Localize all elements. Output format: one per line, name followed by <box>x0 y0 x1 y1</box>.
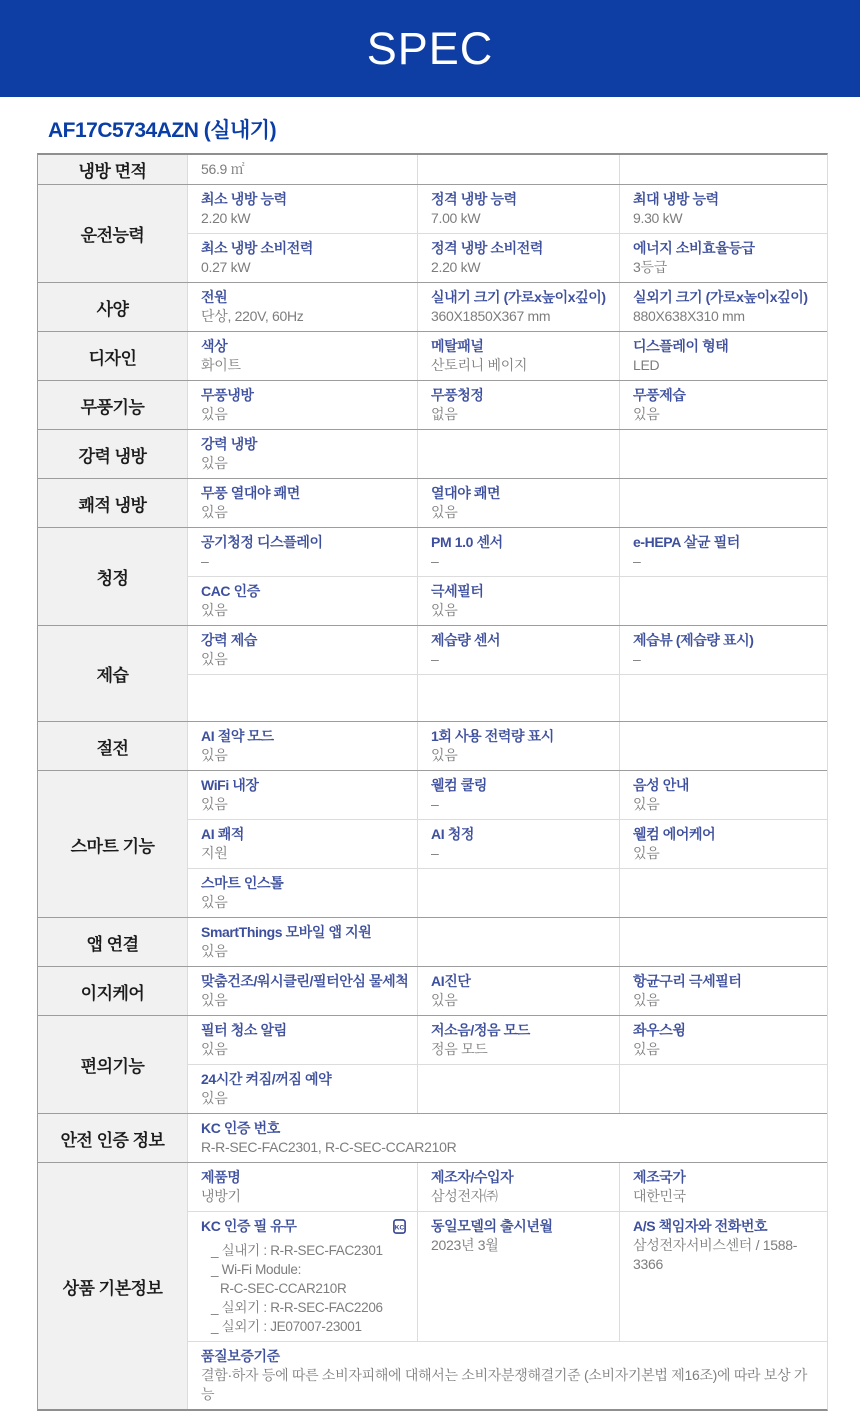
cell-value: 단상, 220V, 60Hz <box>201 307 409 326</box>
kc-mark-icon: KC <box>393 1219 406 1239</box>
cell-label: 저소음/정음 모드 <box>431 1020 611 1040</box>
top-banner: SPEC <box>0 0 860 97</box>
cell-label: 제습뷰 (제습량 표시) <box>633 630 819 650</box>
cell-value: 화이트 <box>201 356 409 375</box>
cell-label: SmartThings 모바일 앱 지원 <box>201 922 409 942</box>
cell-label: 무풍청정 <box>431 385 611 405</box>
group-header: 디자인 <box>38 332 188 380</box>
spec-row: 품질보증기준결함·하자 등에 따른 소비자피해에 대해서는 소비자분쟁해결기준 … <box>188 1341 827 1409</box>
spec-cell: AI 청정– <box>417 820 619 868</box>
spec-row: 최소 냉방 소비전력0.27 kW 정격 냉방 소비전력2.20 kW 에너지 … <box>188 233 827 282</box>
cell-value: 없음 <box>431 405 611 424</box>
cell-value: 0.27 kW <box>201 258 409 277</box>
cell-value: 360X1850X367 mm <box>431 307 611 326</box>
spec-row: CAC 인증있음 극세필터있음 <box>188 576 827 625</box>
cell-value: 있음 <box>201 942 409 961</box>
cell-label: 무풍제습 <box>633 385 819 405</box>
spec-group-windfree: 무풍기능 무풍냉방있음 무풍청정없음 무풍제습있음 <box>38 380 827 429</box>
cell-value: 있음 <box>633 844 819 863</box>
cell-value: 삼성전자서비스센터 / 1588-3366 <box>633 1236 819 1274</box>
cell-value: 2023년 3월 <box>431 1236 611 1255</box>
spec-cell: AI진단있음 <box>417 967 619 1015</box>
cell-label: 품질보증기준 <box>201 1346 819 1366</box>
spec-cell: 실외기 크기 (가로x높이x깊이)880X638X310 mm <box>619 283 827 331</box>
cell-value: 56.9 ㎡ <box>201 160 244 179</box>
svg-text:KC: KC <box>395 1224 405 1231</box>
spec-group-design: 디자인 색상화이트 메탈패널산토리니 베이지 디스플레이 형태LED <box>38 331 827 380</box>
group-header: 이지케어 <box>38 967 188 1015</box>
spec-cell: KC 인증 번호R-R-SEC-FAC2301, R-C-SEC-CCAR210… <box>188 1114 827 1162</box>
spec-cell: PM 1.0 센서– <box>417 528 619 576</box>
spec-cell: 최소 냉방 소비전력0.27 kW <box>188 234 417 282</box>
cell-value: LED <box>633 356 819 375</box>
spec-row: 맞춤건조/워시클린/필터안심 물세척있음 AI진단있음 항균구리 극세필터있음 <box>188 967 827 1015</box>
cell-label: 에너지 소비효율등급 <box>633 238 819 258</box>
spec-cell: 무풍냉방있음 <box>188 381 417 429</box>
cell-label: 웰컴 쿨링 <box>431 775 611 795</box>
spec-cell: 정격 냉방 소비전력2.20 kW <box>417 234 619 282</box>
spec-group-dehumidify: 제습 강력 제습있음 제습량 센서– 제습뷰 (제습량 표시)– <box>38 625 827 721</box>
spec-row: AI 쾌적지원 AI 청정– 웰컴 에어케어있음 <box>188 819 827 868</box>
spec-cell: 음성 안내있음 <box>619 771 827 819</box>
cell-value: 있음 <box>201 991 409 1010</box>
cell-value: 880X638X310 mm <box>633 307 819 326</box>
group-header: 편의기능 <box>38 1016 188 1113</box>
spec-cell: 맞춤건조/워시클린/필터안심 물세척있음 <box>188 967 417 1015</box>
spec-row: KC 인증 필 유무 KC _ 실내기 : R-R-SEC-FAC2301 _ … <box>188 1211 827 1341</box>
spec-cell-empty <box>417 1065 619 1113</box>
cell-value: 있음 <box>431 601 611 620</box>
spec-cell: e-HEPA 살균 필터– <box>619 528 827 576</box>
spec-cell: 최대 냉방 능력9.30 kW <box>619 185 827 233</box>
spec-cell: 색상화이트 <box>188 332 417 380</box>
cell-label: 실내기 크기 (가로x높이x깊이) <box>431 287 611 307</box>
cell-label: 정격 냉방 소비전력 <box>431 238 611 258</box>
spec-cell-empty <box>417 918 619 966</box>
cell-value: 3등급 <box>633 258 819 277</box>
spec-group-easycare: 이지케어 맞춤건조/워시클린/필터안심 물세척있음 AI진단있음 항균구리 극세… <box>38 966 827 1015</box>
cell-label: KC 인증 필 유무 <box>201 1216 297 1236</box>
cell-value: – <box>431 844 611 863</box>
spec-row: SmartThings 모바일 앱 지원있음 <box>188 918 827 966</box>
spec-cell: 무풍제습있음 <box>619 381 827 429</box>
cell-value: 있음 <box>201 1040 409 1059</box>
spec-group-purification: 청정 공기청정 디스플레이– PM 1.0 센서– e-HEPA 살균 필터– … <box>38 527 827 625</box>
cell-value: R-R-SEC-FAC2301, R-C-SEC-CCAR210R <box>201 1138 819 1157</box>
spec-cell: 제습뷰 (제습량 표시)– <box>619 626 827 674</box>
cell-value: 대한민국 <box>633 1187 819 1206</box>
cell-label: 열대야 쾌면 <box>431 483 611 503</box>
spec-cell: 무풍 열대야 쾌면있음 <box>188 479 417 527</box>
cell-label: 최소 냉방 능력 <box>201 189 409 209</box>
cell-label: 최소 냉방 소비전력 <box>201 238 409 258</box>
cell-value: 있음 <box>201 503 409 522</box>
kc-cert-line: _ 실외기 : R-R-SEC-FAC2206 <box>211 1298 409 1317</box>
spec-cell: A/S 책임자와 전화번호삼성전자서비스센터 / 1588-3366 <box>619 1212 827 1341</box>
cell-value: – <box>431 650 611 669</box>
spec-cell: SmartThings 모바일 앱 지원있음 <box>188 918 417 966</box>
spec-row: 56.9 ㎡ <box>188 155 827 184</box>
spec-group-performance: 운전능력 최소 냉방 능력2.20 kW 정격 냉방 능력7.00 kW 최대 … <box>38 184 827 282</box>
cell-label: A/S 책임자와 전화번호 <box>633 1216 819 1236</box>
cell-value: 있음 <box>633 795 819 814</box>
cell-value: 있음 <box>201 650 409 669</box>
cell-label: 맞춤건조/워시클린/필터안심 물세척 <box>201 971 409 991</box>
spec-cell-empty <box>619 722 827 770</box>
spec-group-specs: 사양 전원단상, 220V, 60Hz 실내기 크기 (가로x높이x깊이)360… <box>38 282 827 331</box>
spec-cell: 동일모델의 출시년월2023년 3월 <box>417 1212 619 1341</box>
cell-value: 있음 <box>201 1089 409 1108</box>
spec-cell-empty <box>619 869 827 917</box>
cell-value: 산토리니 베이지 <box>431 356 611 375</box>
cell-label: CAC 인증 <box>201 581 409 601</box>
cell-label: 최대 냉방 능력 <box>633 189 819 209</box>
cell-label: 강력 제습 <box>201 630 409 650</box>
spec-cell: 웰컴 쿨링– <box>417 771 619 819</box>
spec-cell: 필터 청소 알림있음 <box>188 1016 417 1064</box>
spec-cell: 무풍청정없음 <box>417 381 619 429</box>
spec-cell: 56.9 ㎡ <box>188 155 417 184</box>
cell-label: 디스플레이 형태 <box>633 336 819 356</box>
cell-label: 1회 사용 전력량 표시 <box>431 726 611 746</box>
cell-label: 전원 <box>201 287 409 307</box>
spec-cell: 최소 냉방 능력2.20 kW <box>188 185 417 233</box>
page-title: AF17C5734AZN (실내기) <box>48 114 860 144</box>
spec-cell: 스마트 인스톨있음 <box>188 869 417 917</box>
spec-row: 색상화이트 메탈패널산토리니 베이지 디스플레이 형태LED <box>188 332 827 380</box>
cell-label: 무풍 열대야 쾌면 <box>201 483 409 503</box>
spec-cell: 제조자/수입자삼성전자㈜ <box>417 1163 619 1211</box>
spec-cell: 강력 냉방있음 <box>188 430 417 478</box>
spec-row: 최소 냉방 능력2.20 kW 정격 냉방 능력7.00 kW 최대 냉방 능력… <box>188 185 827 233</box>
spec-cell: 실내기 크기 (가로x높이x깊이)360X1850X367 mm <box>417 283 619 331</box>
cell-value: 2.20 kW <box>431 258 611 277</box>
spec-cell: 메탈패널산토리니 베이지 <box>417 332 619 380</box>
spec-cell: 전원단상, 220V, 60Hz <box>188 283 417 331</box>
spec-cell: 웰컴 에어케어있음 <box>619 820 827 868</box>
group-header: 앱 연결 <box>38 918 188 966</box>
kc-cert-line: _ 실내기 : R-R-SEC-FAC2301 <box>211 1241 409 1260</box>
kc-cert-line: _ Wi-Fi Module: <box>211 1260 409 1279</box>
cell-value: 7.00 kW <box>431 209 611 228</box>
spec-row: AI 절약 모드있음 1회 사용 전력량 표시있음 <box>188 722 827 770</box>
spec-cell: 품질보증기준결함·하자 등에 따른 소비자피해에 대해서는 소비자분쟁해결기준 … <box>188 1342 827 1409</box>
spec-cell-empty <box>417 430 619 478</box>
cell-value: – <box>633 552 819 571</box>
spec-row: 필터 청소 알림있음 저소음/정음 모드정음 모드 좌우스윙있음 <box>188 1016 827 1064</box>
spec-row: 공기청정 디스플레이– PM 1.0 센서– e-HEPA 살균 필터– <box>188 528 827 576</box>
spec-cell: 저소음/정음 모드정음 모드 <box>417 1016 619 1064</box>
group-header: 냉방 면적 <box>38 155 188 184</box>
group-header: 안전 인증 정보 <box>38 1114 188 1162</box>
cell-label: PM 1.0 센서 <box>431 532 611 552</box>
cell-label: 무풍냉방 <box>201 385 409 405</box>
cell-label: AI 절약 모드 <box>201 726 409 746</box>
cell-value: 2.20 kW <box>201 209 409 228</box>
spec-row: 강력 제습있음 제습량 센서– 제습뷰 (제습량 표시)– <box>188 626 827 674</box>
cell-label: 항균구리 극세필터 <box>633 971 819 991</box>
group-header: 쾌적 냉방 <box>38 479 188 527</box>
spec-cell-empty <box>188 675 417 721</box>
spec-cell: 좌우스윙있음 <box>619 1016 827 1064</box>
spec-cell: AI 절약 모드있음 <box>188 722 417 770</box>
cell-value: 있음 <box>201 454 409 473</box>
cell-value: 있음 <box>201 405 409 424</box>
cell-value: 있음 <box>633 1040 819 1059</box>
cell-value: 냉방기 <box>201 1187 409 1206</box>
spec-cell: 디스플레이 형태LED <box>619 332 827 380</box>
spec-group-safety-cert: 안전 인증 정보 KC 인증 번호R-R-SEC-FAC2301, R-C-SE… <box>38 1113 827 1162</box>
cell-value: 결함·하자 등에 따른 소비자피해에 대해서는 소비자분쟁해결기준 (소비자기본… <box>201 1366 819 1404</box>
spec-cell: 강력 제습있음 <box>188 626 417 674</box>
kc-cert-list: _ 실내기 : R-R-SEC-FAC2301 _ Wi-Fi Module: … <box>201 1241 409 1336</box>
group-header: 무풍기능 <box>38 381 188 429</box>
cell-label: 24시간 켜짐/꺼짐 예약 <box>201 1069 409 1089</box>
cell-label: 제품명 <box>201 1167 409 1187</box>
cell-label: 공기청정 디스플레이 <box>201 532 409 552</box>
cell-label: WiFi 내장 <box>201 775 409 795</box>
spec-cell: 공기청정 디스플레이– <box>188 528 417 576</box>
cell-label: 웰컴 에어케어 <box>633 824 819 844</box>
cell-value: 있음 <box>201 601 409 620</box>
spec-row: 전원단상, 220V, 60Hz 실내기 크기 (가로x높이x깊이)360X18… <box>188 283 827 331</box>
spec-cell: 정격 냉방 능력7.00 kW <box>417 185 619 233</box>
cell-label: 제조자/수입자 <box>431 1167 611 1187</box>
spec-row: 무풍냉방있음 무풍청정없음 무풍제습있음 <box>188 381 827 429</box>
spec-cell-empty <box>619 1065 827 1113</box>
cell-label: KC 인증 번호 <box>201 1118 819 1138</box>
spec-cell-empty <box>619 430 827 478</box>
cell-label: 강력 냉방 <box>201 434 409 454</box>
spec-cell: 열대야 쾌면있음 <box>417 479 619 527</box>
spec-group-energy-saving: 절전 AI 절약 모드있음 1회 사용 전력량 표시있음 <box>38 721 827 770</box>
cell-label: 메탈패널 <box>431 336 611 356</box>
spec-cell: 에너지 소비효율등급3등급 <box>619 234 827 282</box>
cell-value: 지원 <box>201 844 409 863</box>
cell-label: AI 청정 <box>431 824 611 844</box>
cell-value: 있음 <box>431 503 611 522</box>
spec-cell: CAC 인증있음 <box>188 577 417 625</box>
cell-label: 정격 냉방 능력 <box>431 189 611 209</box>
kc-cert-line: R-C-SEC-CCAR210R <box>211 1279 409 1298</box>
spec-cell-empty <box>417 155 619 184</box>
cell-value: – <box>633 650 819 669</box>
group-header: 스마트 기능 <box>38 771 188 917</box>
group-header: 상품 기본정보 <box>38 1163 188 1409</box>
group-header: 제습 <box>38 626 188 721</box>
cell-label: 제조국가 <box>633 1167 819 1187</box>
cell-value: 있음 <box>201 746 409 765</box>
cell-value: 있음 <box>633 405 819 424</box>
cell-value: 9.30 kW <box>633 209 819 228</box>
cell-value: 있음 <box>201 893 409 912</box>
spec-cell: 극세필터있음 <box>417 577 619 625</box>
group-header: 절전 <box>38 722 188 770</box>
cell-value: – <box>431 795 611 814</box>
spec-group-convenience: 편의기능 필터 청소 알림있음 저소음/정음 모드정음 모드 좌우스윙있음 24… <box>38 1015 827 1113</box>
cell-value: – <box>201 552 409 571</box>
spec-cell-empty <box>417 869 619 917</box>
spec-cell: 제조국가대한민국 <box>619 1163 827 1211</box>
spec-cell: 제습량 센서– <box>417 626 619 674</box>
spec-group-comfort-cooling: 쾌적 냉방 무풍 열대야 쾌면있음 열대야 쾌면있음 <box>38 478 827 527</box>
spec-group-smart: 스마트 기능 WiFi 내장있음 웰컴 쿨링– 음성 안내있음 AI 쾌적지원 … <box>38 770 827 917</box>
spec-cell-kc: KC 인증 필 유무 KC _ 실내기 : R-R-SEC-FAC2301 _ … <box>188 1212 417 1341</box>
spec-cell-empty <box>619 918 827 966</box>
spec-row: WiFi 내장있음 웰컴 쿨링– 음성 안내있음 <box>188 771 827 819</box>
spec-group-power-cooling: 강력 냉방 강력 냉방있음 <box>38 429 827 478</box>
spec-cell: 24시간 켜짐/꺼짐 예약있음 <box>188 1065 417 1113</box>
cell-label: 제습량 센서 <box>431 630 611 650</box>
cell-label: AI 쾌적 <box>201 824 409 844</box>
cell-value: 삼성전자㈜ <box>431 1187 611 1206</box>
group-header: 청정 <box>38 528 188 625</box>
spec-cell-empty <box>619 155 827 184</box>
spec-cell: AI 쾌적지원 <box>188 820 417 868</box>
spec-cell-empty <box>619 479 827 527</box>
spec-cell-empty <box>417 675 619 721</box>
cell-value: 있음 <box>431 991 611 1010</box>
cell-value: – <box>431 552 611 571</box>
spec-group-basic-info: 상품 기본정보 제품명냉방기 제조자/수입자삼성전자㈜ 제조국가대한민국 KC … <box>38 1162 827 1409</box>
cell-label: AI진단 <box>431 971 611 991</box>
cell-label: 색상 <box>201 336 409 356</box>
banner-title: SPEC <box>367 23 494 75</box>
spec-row: 24시간 켜짐/꺼짐 예약있음 <box>188 1064 827 1113</box>
group-header: 강력 냉방 <box>38 430 188 478</box>
cell-value: 있음 <box>633 991 819 1010</box>
spec-row: 스마트 인스톨있음 <box>188 868 827 917</box>
spec-cell: WiFi 내장있음 <box>188 771 417 819</box>
cell-label: 동일모델의 출시년월 <box>431 1216 611 1236</box>
spec-cell-empty <box>619 577 827 625</box>
spec-cell: 제품명냉방기 <box>188 1163 417 1211</box>
cell-label: e-HEPA 살균 필터 <box>633 532 819 552</box>
kc-cert-line: _ 실외기 : JE07007-23001 <box>211 1317 409 1336</box>
spec-table: 냉방 면적 56.9 ㎡ 운전능력 최소 냉방 능력2.20 kW 정격 냉방 … <box>37 153 828 1411</box>
spec-row: 제품명냉방기 제조자/수입자삼성전자㈜ 제조국가대한민국 <box>188 1163 827 1211</box>
spec-row <box>188 674 827 721</box>
spec-cell: 1회 사용 전력량 표시있음 <box>417 722 619 770</box>
group-header: 운전능력 <box>38 185 188 282</box>
cell-value: 있음 <box>431 746 611 765</box>
cell-value: 있음 <box>201 795 409 814</box>
cell-label: 실외기 크기 (가로x높이x깊이) <box>633 287 819 307</box>
spec-row: KC 인증 번호R-R-SEC-FAC2301, R-C-SEC-CCAR210… <box>188 1114 827 1162</box>
spec-group-app: 앱 연결 SmartThings 모바일 앱 지원있음 <box>38 917 827 966</box>
cell-label: 스마트 인스톨 <box>201 873 409 893</box>
spec-cell-empty <box>619 675 827 721</box>
cell-label: 음성 안내 <box>633 775 819 795</box>
spec-cell: 항균구리 극세필터있음 <box>619 967 827 1015</box>
cell-value: 정음 모드 <box>431 1040 611 1059</box>
spec-row: 강력 냉방있음 <box>188 430 827 478</box>
group-header: 사양 <box>38 283 188 331</box>
spec-row: 무풍 열대야 쾌면있음 열대야 쾌면있음 <box>188 479 827 527</box>
cell-label: 극세필터 <box>431 581 611 601</box>
cell-label: 필터 청소 알림 <box>201 1020 409 1040</box>
cell-label: 좌우스윙 <box>633 1020 819 1040</box>
spec-group-cooling-area: 냉방 면적 56.9 ㎡ <box>38 155 827 184</box>
